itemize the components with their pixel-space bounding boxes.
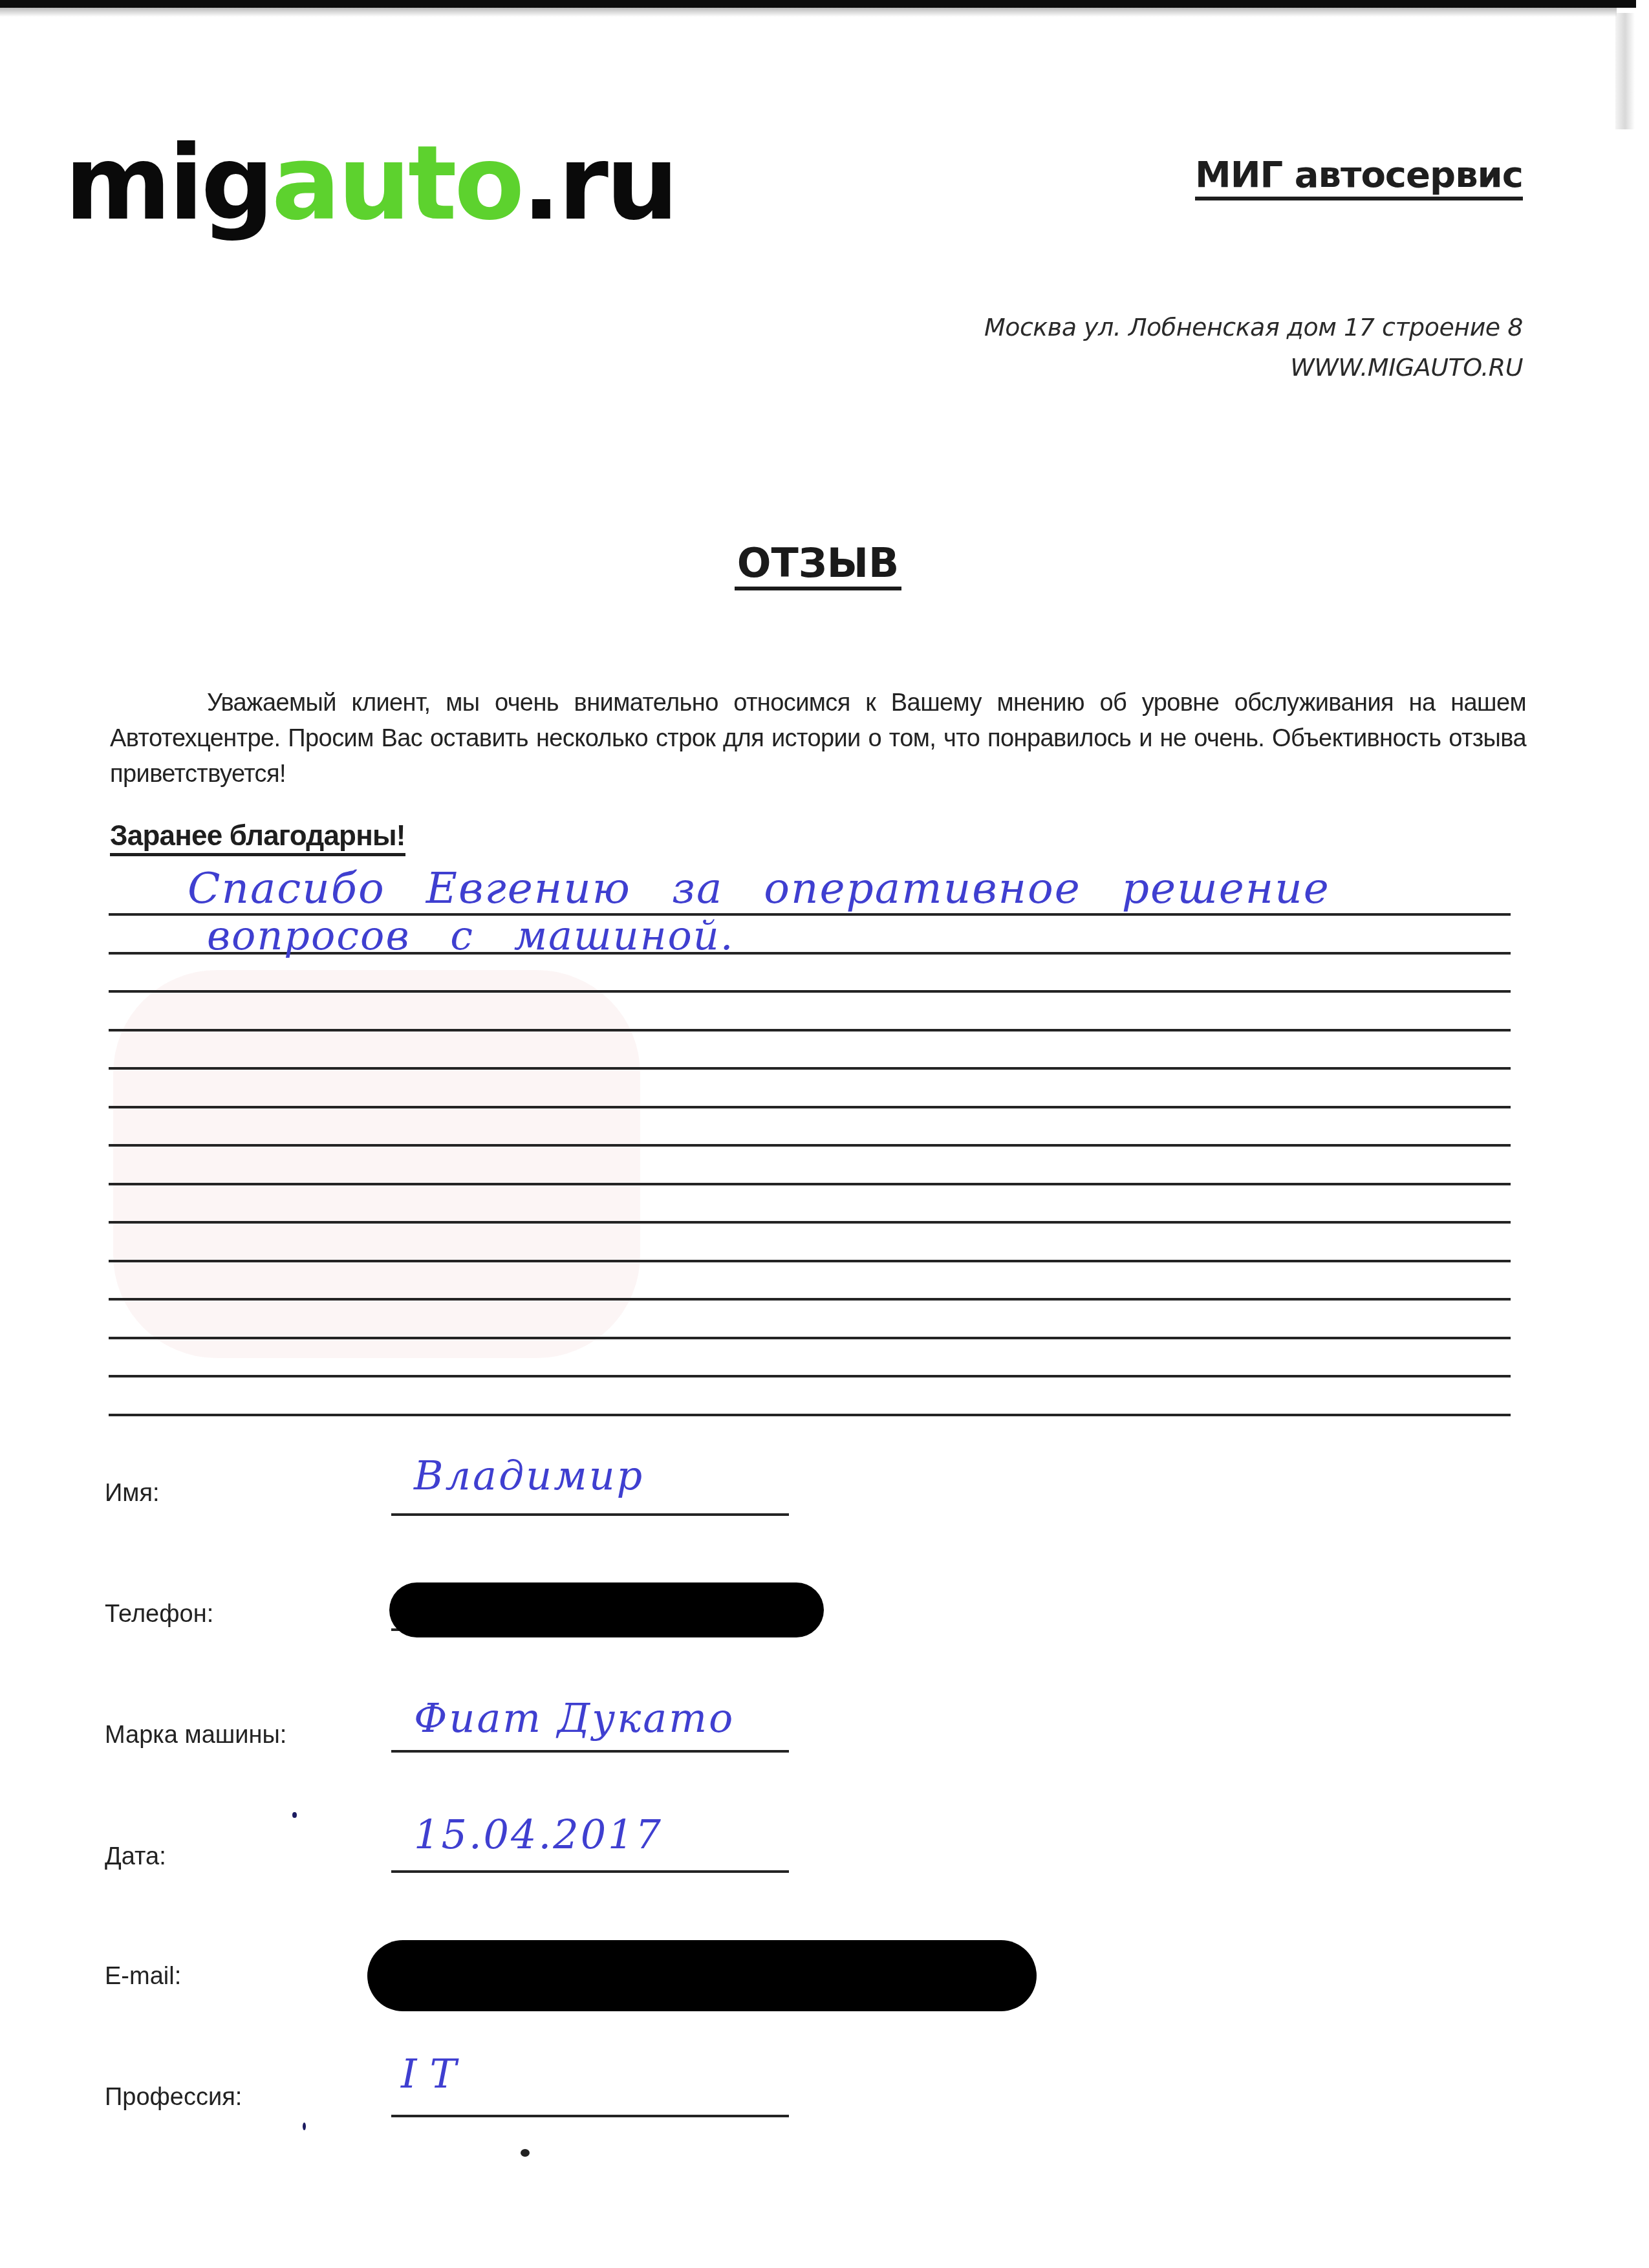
company-address: Москва ул. Лобненская дом 17 строение 8 (984, 307, 1523, 347)
review-line[interactable] (109, 1298, 1511, 1301)
ink-speck (292, 1812, 297, 1818)
review-line[interactable] (109, 990, 1511, 993)
email-redaction (367, 1940, 1037, 2011)
intro-paragraph: Уважаемый клиент, мы очень внимательно о… (110, 686, 1526, 792)
company-contact: Москва ул. Лобненская дом 17 строение 8 … (984, 307, 1523, 387)
review-line[interactable] (109, 1067, 1511, 1070)
review-line[interactable] (109, 1337, 1511, 1339)
review-line[interactable] (109, 1144, 1511, 1147)
car-brand-field[interactable] (391, 1750, 789, 1753)
review-handwriting-line-1: Спасибо Евгению за оперативное решение (188, 863, 1330, 913)
car-brand-label: Марка машины: (105, 1722, 286, 1749)
review-line[interactable] (109, 1029, 1511, 1031)
page-title: ОТЗЫВ (0, 542, 1636, 590)
email-label: E-mail: (105, 1963, 181, 1991)
review-line[interactable] (109, 1106, 1511, 1108)
logo-accent: auto (272, 124, 522, 243)
review-line[interactable] (109, 1375, 1511, 1377)
profession-value: IT (401, 2050, 469, 2097)
review-line[interactable] (109, 1221, 1511, 1224)
scan-top-shadow (0, 8, 1617, 17)
profession-field[interactable] (391, 2115, 789, 2117)
review-line[interactable] (109, 1414, 1511, 1416)
company-name: МИГ автосервис (1195, 155, 1523, 200)
review-line[interactable] (109, 1183, 1511, 1185)
thanks-heading: Заранее благодарны! (110, 820, 405, 856)
name-field[interactable] (391, 1513, 789, 1516)
logo: migauto.ru (65, 133, 676, 235)
phone-redaction (389, 1582, 824, 1637)
ink-speck (521, 2149, 530, 2157)
date-value: 15.04.2017 (414, 1811, 663, 1858)
intro-text: Уважаемый клиент, мы очень внимательно о… (110, 689, 1526, 788)
ink-speck (303, 2122, 306, 2130)
scan-right-shadow (1615, 13, 1635, 129)
logo-prefix: mig (65, 124, 272, 243)
date-field[interactable] (391, 1870, 789, 1873)
date-label: Дата: (105, 1843, 166, 1871)
profession-label: Профессия: (105, 2084, 242, 2111)
car-brand-value: Фиат Дукато (414, 1694, 735, 1742)
logo-suffix: .ru (522, 124, 676, 243)
company-website: WWW.MIGAUTO.RU (984, 347, 1523, 387)
review-handwriting-line-2: вопросов с машиной. (207, 912, 734, 959)
name-value: Владимир (414, 1452, 644, 1499)
name-label: Имя: (105, 1480, 160, 1507)
phone-label: Телефон: (105, 1601, 213, 1628)
scan-top-border (0, 0, 1636, 8)
page-title-text: ОТЗЫВ (735, 542, 902, 590)
review-line[interactable] (109, 1260, 1511, 1262)
